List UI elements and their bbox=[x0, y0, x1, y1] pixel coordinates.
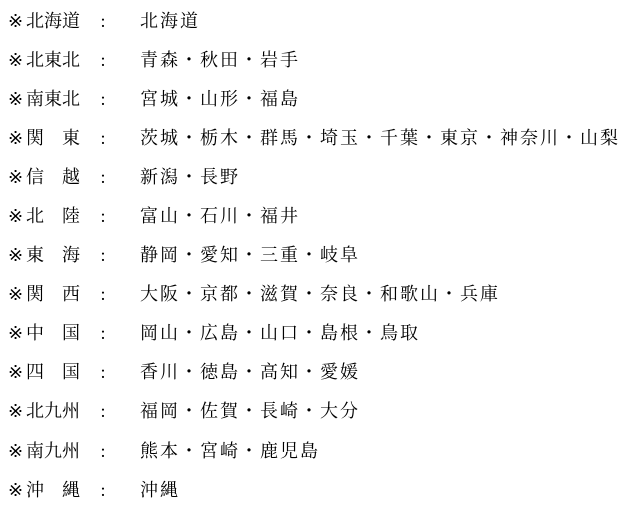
colon-separator: : bbox=[82, 324, 124, 342]
reference-mark: ※ bbox=[8, 90, 26, 108]
region-name: 北 陸 bbox=[26, 207, 82, 225]
region-name: 信 越 bbox=[26, 168, 82, 186]
reference-mark: ※ bbox=[8, 12, 26, 30]
region-name: 中 国 bbox=[26, 324, 82, 342]
reference-mark: ※ bbox=[8, 481, 26, 499]
region-name: 北九州 bbox=[26, 402, 82, 420]
prefecture-list: 大阪・京都・滋賀・奈良・和歌山・兵庫 bbox=[124, 285, 500, 303]
reference-mark: ※ bbox=[8, 402, 26, 420]
colon-separator: : bbox=[82, 12, 124, 30]
prefecture-list: 富山・石川・福井 bbox=[124, 207, 300, 225]
colon-separator: : bbox=[82, 207, 124, 225]
colon-separator: : bbox=[82, 246, 124, 264]
region-row-shikoku: ※ 四 国 : 香川・徳島・高知・愛媛 bbox=[8, 353, 630, 392]
region-name: 南九州 bbox=[26, 442, 82, 460]
prefecture-list: 静岡・愛知・三重・岐阜 bbox=[124, 246, 360, 264]
region-row-shinetsu: ※ 信 越 : 新潟・長野 bbox=[8, 157, 630, 196]
region-row-hokkaido: ※ 北海道 : 北海道 bbox=[8, 1, 630, 40]
prefecture-list: 新潟・長野 bbox=[124, 168, 240, 186]
reference-mark: ※ bbox=[8, 363, 26, 381]
colon-separator: : bbox=[82, 129, 124, 147]
reference-mark: ※ bbox=[8, 51, 26, 69]
prefecture-list: 宮城・山形・福島 bbox=[124, 90, 300, 108]
reference-mark: ※ bbox=[8, 442, 26, 460]
region-row-kanto: ※ 関 東 : 茨城・栃木・群馬・埼玉・千葉・東京・神奈川・山梨 bbox=[8, 118, 630, 157]
prefecture-list: 北海道 bbox=[124, 12, 200, 30]
colon-separator: : bbox=[82, 285, 124, 303]
region-name: 南東北 bbox=[26, 90, 82, 108]
colon-separator: : bbox=[82, 442, 124, 460]
region-row-chugoku: ※ 中 国 : 岡山・広島・山口・島根・鳥取 bbox=[8, 314, 630, 353]
region-name: 北海道 bbox=[26, 12, 82, 30]
region-name: 北東北 bbox=[26, 51, 82, 69]
reference-mark: ※ bbox=[8, 324, 26, 342]
prefecture-list: 茨城・栃木・群馬・埼玉・千葉・東京・神奈川・山梨 bbox=[124, 129, 620, 147]
prefecture-list: 沖縄 bbox=[124, 481, 180, 499]
prefecture-list: 岡山・広島・山口・島根・鳥取 bbox=[124, 324, 420, 342]
prefecture-list: 青森・秋田・岩手 bbox=[124, 51, 300, 69]
region-row-hokuriku: ※ 北 陸 : 富山・石川・福井 bbox=[8, 196, 630, 235]
reference-mark: ※ bbox=[8, 168, 26, 186]
region-row-tokai: ※ 東 海 : 静岡・愛知・三重・岐阜 bbox=[8, 236, 630, 275]
region-row-okinawa: ※ 沖 縄 : 沖縄 bbox=[8, 470, 630, 509]
reference-mark: ※ bbox=[8, 207, 26, 225]
colon-separator: : bbox=[82, 363, 124, 381]
region-legend: ※ 北海道 : 北海道 ※ 北東北 : 青森・秋田・岩手 ※ 南東北 : 宮城・… bbox=[0, 0, 630, 509]
colon-separator: : bbox=[82, 90, 124, 108]
colon-separator: : bbox=[82, 402, 124, 420]
prefecture-list: 福岡・佐賀・長崎・大分 bbox=[124, 402, 360, 420]
reference-mark: ※ bbox=[8, 246, 26, 264]
region-name: 関 西 bbox=[26, 285, 82, 303]
region-row-minamitohoku: ※ 南東北 : 宮城・山形・福島 bbox=[8, 79, 630, 118]
region-name: 四 国 bbox=[26, 363, 82, 381]
region-name: 関 東 bbox=[26, 129, 82, 147]
region-row-minamikyushu: ※ 南九州 : 熊本・宮崎・鹿児島 bbox=[8, 431, 630, 470]
reference-mark: ※ bbox=[8, 129, 26, 147]
region-row-kitatohoku: ※ 北東北 : 青森・秋田・岩手 bbox=[8, 40, 630, 79]
colon-separator: : bbox=[82, 481, 124, 499]
prefecture-list: 香川・徳島・高知・愛媛 bbox=[124, 363, 360, 381]
colon-separator: : bbox=[82, 168, 124, 186]
colon-separator: : bbox=[82, 51, 124, 69]
prefecture-list: 熊本・宮崎・鹿児島 bbox=[124, 442, 320, 460]
reference-mark: ※ bbox=[8, 285, 26, 303]
region-row-kitakyushu: ※ 北九州 : 福岡・佐賀・長崎・大分 bbox=[8, 392, 630, 431]
region-row-kansai: ※ 関 西 : 大阪・京都・滋賀・奈良・和歌山・兵庫 bbox=[8, 275, 630, 314]
region-name: 東 海 bbox=[26, 246, 82, 264]
region-name: 沖 縄 bbox=[26, 481, 82, 499]
